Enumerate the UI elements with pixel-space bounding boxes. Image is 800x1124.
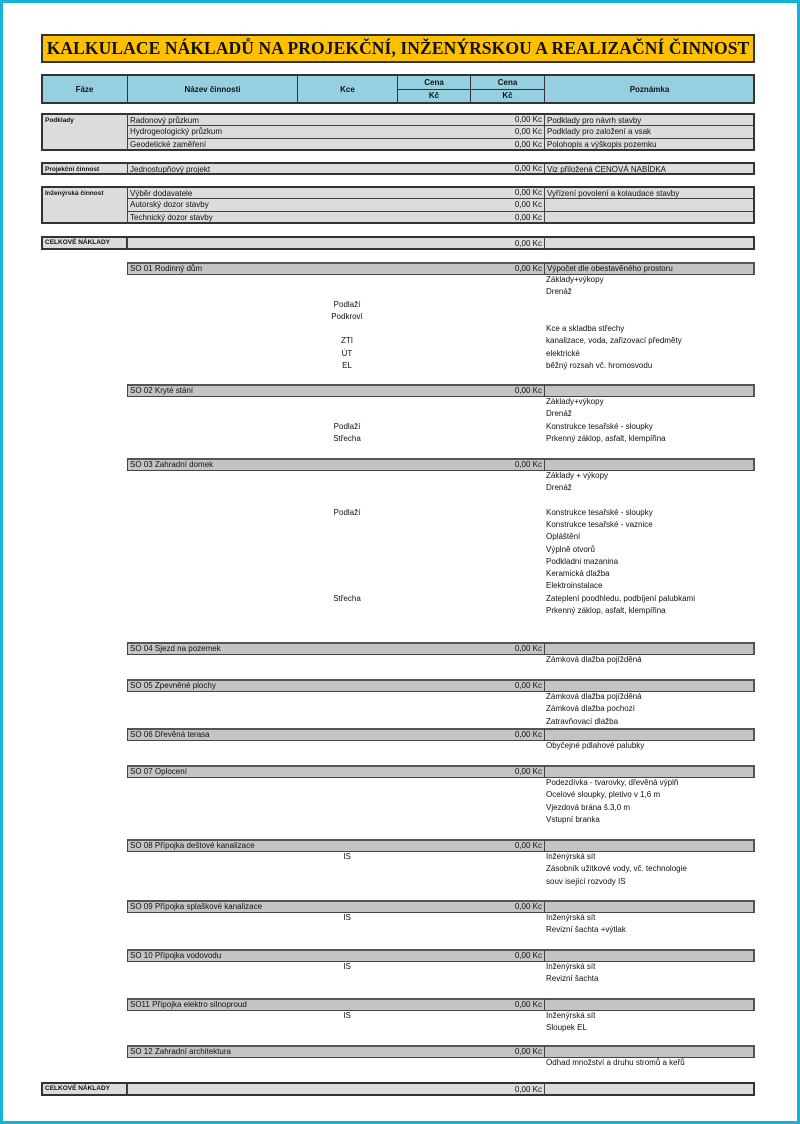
header-nazev: Název činnosti bbox=[127, 75, 298, 103]
total-costs-2-label: CELKOVÉ NÁKLADY bbox=[41, 1082, 128, 1096]
object-line-note: Odhad množství a druhu stromů a keřů bbox=[546, 1057, 685, 1069]
object-price: 0,00 Kc bbox=[397, 766, 544, 778]
object-line-note: Drenáž bbox=[546, 482, 572, 494]
activity-note: Podklady pro založení a vsak bbox=[544, 125, 755, 138]
activity-note: Viz přiložená CENOVÁ NABÍDKA bbox=[544, 162, 755, 175]
header-poznamka: Poznámka bbox=[544, 75, 755, 103]
object-line-note: Zámková dlažba pojížděná bbox=[546, 654, 642, 666]
object-line-note: Základy+výkopy bbox=[546, 274, 604, 286]
activity-price: 0,00 Kc bbox=[397, 187, 544, 199]
activity-price: 0,00 Kc bbox=[397, 163, 544, 175]
object-line-note: Konstrukce tesařské - vaznice bbox=[546, 519, 653, 531]
object-kce: ÚT bbox=[297, 348, 397, 360]
object-price: 0,00 Kc bbox=[397, 1046, 544, 1058]
object-line-note: Revizní šachta +výtlak bbox=[546, 924, 626, 936]
object-line-note: Elektroinstalace bbox=[546, 580, 602, 592]
object-price: 0,00 Kc bbox=[397, 263, 544, 275]
total-costs-1-note bbox=[544, 236, 755, 250]
activity-price: 0,00 Kc bbox=[397, 126, 544, 138]
object-price: 0,00 Kc bbox=[397, 729, 544, 741]
object-price: 0,00 Kc bbox=[397, 999, 544, 1011]
object-line-note: Podkladni mazanina bbox=[546, 556, 618, 568]
object-line-note: Keramická dlažba bbox=[546, 568, 610, 580]
page-title: KALKULACE NÁKLADŮ NA PROJEKČNÍ, INŽENÝRS… bbox=[41, 34, 755, 63]
activity-price: 0,00 Kc bbox=[397, 212, 544, 224]
object-line-note: Inženýrská sít bbox=[546, 851, 595, 863]
object-line-note: Konstrukce tesařské - sloupky bbox=[546, 421, 653, 433]
header-kce: Kce bbox=[297, 75, 398, 103]
object-line-note: běžný rozsah vč. hromosvodu bbox=[546, 360, 652, 372]
object-price: 0,00 Kc bbox=[397, 385, 544, 397]
header-cena-2: Cena Kč bbox=[470, 75, 545, 103]
object-line-note: Zámková dlažba pojížděná bbox=[546, 691, 642, 703]
object-price: 0,00 Kc bbox=[397, 643, 544, 655]
object-kce: Střecha bbox=[297, 433, 397, 445]
object-line-note: Podezdívka - tvarovky, dřevěná výplň bbox=[546, 777, 678, 789]
object-line-note: Drenáž bbox=[546, 286, 572, 298]
object-line-note: Zásobník užitkové vody, vč. technologie bbox=[546, 863, 687, 875]
object-line-note: Inženýrská sít bbox=[546, 961, 595, 973]
phase-label: Inženýrská činnost bbox=[41, 186, 128, 224]
object-kce: Podlaží bbox=[297, 507, 397, 519]
phase-label: Podklady bbox=[41, 113, 128, 151]
object-line-note: kanalizace, voda, zařizovací předměty bbox=[546, 335, 682, 347]
object-line-note: Vjezdová brána š.3,0 m bbox=[546, 802, 630, 814]
header-cena-1-unit: Kč bbox=[398, 89, 470, 103]
activity-note: Polohopis a výškopis pozemku bbox=[544, 138, 755, 151]
object-line-note: Prkenný záklop, asfalt, klempířina bbox=[546, 605, 666, 617]
total-costs-2-price: 0,00 Kc bbox=[397, 1084, 544, 1096]
object-line-note: Zámková dlažba pochozí bbox=[546, 703, 635, 715]
object-kce: Podkroví bbox=[297, 311, 397, 323]
object-line-note: Vstupní branka bbox=[546, 814, 600, 826]
object-line-note: Drenáž bbox=[546, 408, 572, 420]
object-kce: Střecha bbox=[297, 593, 397, 605]
object-line-note: Inženýrská sít bbox=[546, 912, 595, 924]
object-line-note: Sloupek EL bbox=[546, 1022, 587, 1034]
object-kce: EL bbox=[297, 360, 397, 372]
object-line-note: Konstrukce tesařské - sloupky bbox=[546, 507, 653, 519]
object-kce: Podlaží bbox=[297, 421, 397, 433]
activity-price: 0,00 Kc bbox=[397, 139, 544, 151]
object-price: 0,00 Kc bbox=[397, 840, 544, 852]
object-line-note: Výplně otvorů bbox=[546, 544, 595, 556]
total-costs-2-note bbox=[544, 1082, 755, 1096]
object-price: 0,00 Kc bbox=[397, 680, 544, 692]
activity-price: 0,00 Kc bbox=[397, 114, 544, 126]
object-line-note: Inženýrská sít bbox=[546, 1010, 595, 1022]
total-costs-1-price: 0,00 Kc bbox=[397, 238, 544, 250]
object-kce: IS bbox=[297, 851, 397, 863]
activity-note: Podklady pro návrh stavby bbox=[544, 113, 755, 126]
object-line-note: Základy+výkopy bbox=[546, 396, 604, 408]
activity-note bbox=[544, 198, 755, 211]
phase-label: Projekční činnost bbox=[41, 162, 128, 175]
header-cena-1: Cena Kč bbox=[397, 75, 471, 103]
object-line-note: Zateplení poodhledu, podbíjení palubkami bbox=[546, 593, 695, 605]
total-costs-1-label: CELKOVÉ NÁKLADY bbox=[41, 236, 128, 250]
object-line-note: Základy + výkopy bbox=[546, 470, 608, 482]
object-kce: Podlaží bbox=[297, 299, 397, 311]
object-price: 0,00 Kc bbox=[397, 459, 544, 471]
object-kce: IS bbox=[297, 1010, 397, 1022]
activity-price: 0,00 Kc bbox=[397, 199, 544, 211]
activity-note bbox=[544, 211, 755, 224]
object-kce: IS bbox=[297, 912, 397, 924]
header-cena-1-label: Cena bbox=[398, 76, 470, 89]
object-line-note: Kce a skladba střechy bbox=[546, 323, 624, 335]
object-line-note: Obyčejné pdlahové palubky bbox=[546, 740, 644, 752]
object-line-note: Ocelové sloupky, pletivo v 1,6 m bbox=[546, 789, 660, 801]
object-price: 0,00 Kc bbox=[397, 950, 544, 962]
activity-note: Vyřízení povolení a kolaudace stavby bbox=[544, 186, 755, 199]
object-line-note: Opláštění bbox=[546, 531, 580, 543]
header-faze: Fáze bbox=[41, 75, 128, 103]
object-line-note: Prkenný záklop, asfalt, klempířina bbox=[546, 433, 666, 445]
header-cena-2-unit: Kč bbox=[471, 89, 544, 103]
object-line-note: elektrické bbox=[546, 348, 580, 360]
object-kce: ZTI bbox=[297, 335, 397, 347]
object-line-note: souv isející rozvody IS bbox=[546, 876, 626, 888]
object-line-note: Revizní šachta bbox=[546, 973, 598, 985]
header-cena-2-label: Cena bbox=[471, 76, 544, 89]
object-price: 0,00 Kc bbox=[397, 901, 544, 913]
object-kce: IS bbox=[297, 961, 397, 973]
object-line-note: Zatravňovací dlažba bbox=[546, 716, 618, 728]
